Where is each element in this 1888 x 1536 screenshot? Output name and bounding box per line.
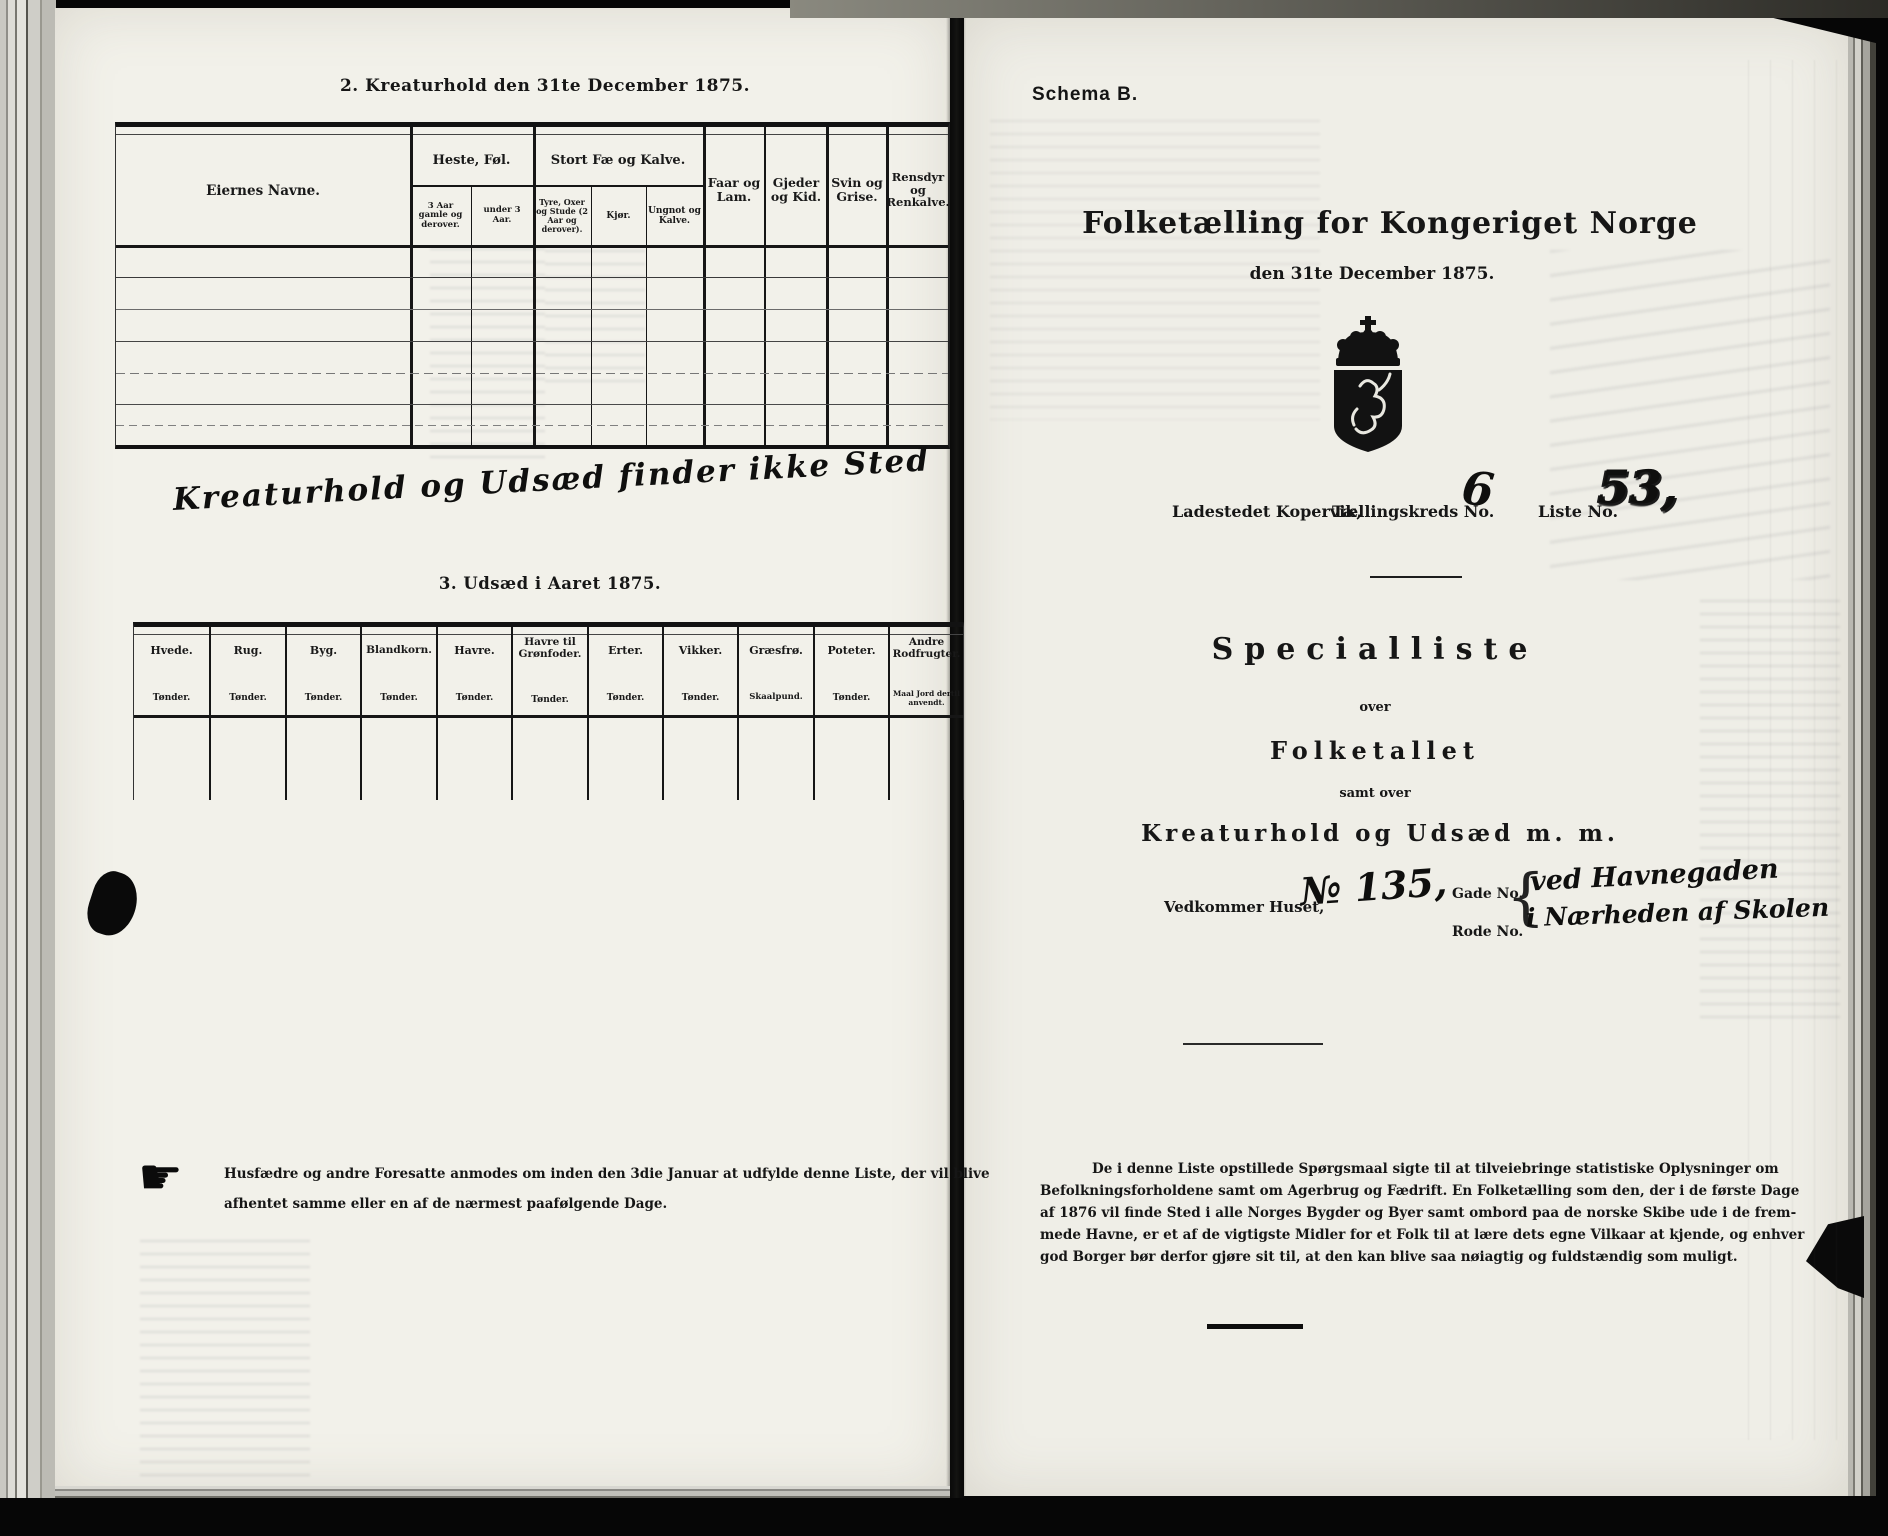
crop-unit: Tønder. <box>305 693 343 703</box>
column-header-reindeer: Rensdyr og Renkalve. <box>888 135 948 245</box>
over-label: over <box>1100 700 1650 715</box>
subheader-bulls-oxen: Tyre, Oxer og Stude (2 Aar og derover). <box>535 189 589 243</box>
subcolumn-rule <box>591 185 592 445</box>
column-header-owners: Eiernes Navne. <box>116 157 410 227</box>
paragraph-line: af 1876 vil finde Sted i alle Norges Byg… <box>1040 1202 1730 1224</box>
crop-unit: Maal Jord dertil anvendt. <box>891 690 962 707</box>
manicule-icon: ☛ <box>138 1148 183 1206</box>
row-rule <box>116 404 948 405</box>
special-list-title: Specialliste <box>1100 632 1650 667</box>
subcolumn-rule <box>471 185 472 445</box>
row-rule <box>116 309 948 310</box>
crop-unit: Tønder. <box>531 695 569 705</box>
crop-header: Byg. Tønder. <box>287 641 360 707</box>
crop-unit: Tønder. <box>229 693 267 703</box>
left-footer-line1: Husfædre og andre Foresatte anmodes om i… <box>224 1166 924 1182</box>
row-rule <box>116 277 948 278</box>
instructions-paragraph: De i denne Liste opstillede Spørgsmaal s… <box>1040 1158 1730 1268</box>
subcolumn-rule <box>646 185 647 445</box>
paragraph-line: Befolkningsforholdene samt om Agerbrug o… <box>1040 1180 1730 1202</box>
livestock-table: Eiernes Navne. Heste, Føl. Stort Fæ og K… <box>115 122 950 449</box>
bottom-divider <box>1207 1324 1303 1329</box>
crop-label: Rug. <box>234 645 263 657</box>
crop-unit: Tønder. <box>456 693 494 703</box>
left-footer-line2: afhentet samme eller en af de nærmest pa… <box>224 1196 924 1212</box>
group-underline <box>410 185 536 187</box>
crop-header: Vikker. Tønder. <box>664 641 737 707</box>
crop-unit: Tønder. <box>607 693 645 703</box>
crop-label: Vikker. <box>679 645 722 657</box>
crop-label: Poteter. <box>827 645 875 657</box>
crop-unit: Tønder. <box>153 693 191 703</box>
crop-label: Havre til Grønfoder. <box>514 637 586 661</box>
crop-unit: Tønder. <box>682 693 720 703</box>
crop-label: Hvede. <box>150 645 192 657</box>
short-rule <box>1370 576 1462 578</box>
column-header-sheep: Faar og Lam. <box>705 135 763 245</box>
paragraph-line: mede Havne, er et af de vigtigste Midler… <box>1040 1224 1730 1246</box>
subheader-calves: Ungnot og Kalve. <box>648 191 701 241</box>
crop-header: Rug. Tønder. <box>211 641 285 707</box>
crops-table: Hvede. Tønder. Rug. Tønder. Byg. Tønder.… <box>133 622 964 800</box>
schema-label: Schema B. <box>1032 84 1138 106</box>
page-stack-left-edge <box>0 0 56 1502</box>
crop-header: Erter. Tønder. <box>589 641 662 707</box>
group-underline <box>533 185 706 187</box>
row-rule <box>116 341 948 342</box>
crop-header: Poteter. Tønder. <box>815 641 888 707</box>
section-divider <box>1183 1043 1323 1045</box>
subheader-cows: Kjør. <box>593 191 644 241</box>
crop-unit: Tønder. <box>380 693 418 703</box>
coat-of-arms <box>1322 314 1414 456</box>
crop-label: Erter. <box>608 645 643 657</box>
scan-bottom-bar <box>0 1498 1888 1536</box>
header-bottom-rule <box>134 715 963 718</box>
crop-unit: Tønder. <box>833 693 871 703</box>
crop-header: Andre Rodfrugter. Maal Jord dertil anven… <box>890 635 963 709</box>
crop-label: Havre. <box>454 645 495 657</box>
column-header-goats: Gjeder og Kid. <box>767 135 825 245</box>
subheader-horses-old: 3 Aar gamle og derover. <box>412 191 469 241</box>
crop-label: Byg. <box>310 645 337 657</box>
page-bottom-edges <box>55 1486 950 1498</box>
crop-label: Andre Rodfrugter. <box>891 637 962 661</box>
crop-header: Blandkorn. Tønder. <box>362 641 436 707</box>
paragraph-line: god Borger bør derfor gjøre sit til, at … <box>1040 1246 1730 1268</box>
header-bottom-rule <box>116 245 948 248</box>
group-header-horses: Heste, Føl. <box>410 143 533 179</box>
scan-top-shadow <box>790 0 1888 18</box>
crop-unit: Skaalpund. <box>749 693 802 703</box>
column-rule <box>764 127 766 445</box>
district-number-handwritten: 6 <box>1459 460 1496 517</box>
livestock-table-title: 2. Kreaturhold den 31te December 1875. <box>245 76 845 96</box>
paragraph-line: De i denne Liste opstillede Spørgsmaal s… <box>1040 1158 1730 1180</box>
crop-label: Græsfrø. <box>749 645 803 657</box>
bleedthrough-text <box>140 1240 310 1480</box>
scanned-census-document: 2. Kreaturhold den 31te December 1875. E… <box>0 0 1888 1536</box>
crops-table-title: 3. Udsæd i Aaret 1875. <box>250 574 850 593</box>
crop-header: Hvede. Tønder. <box>134 641 209 707</box>
crop-header: Havre til Grønfoder. Tønder. <box>513 635 587 707</box>
samt-over-label: samt over <box>1100 786 1650 801</box>
crop-header: Græsfrø. Skaalpund. <box>739 641 813 707</box>
row-rule <box>116 373 948 374</box>
crop-header: Havre. Tønder. <box>438 641 511 707</box>
subheader-horses-young: under 3 Aar. <box>473 191 531 241</box>
kreaturhold-title: Kreaturhold og Udsæd m. m. <box>1100 820 1660 847</box>
folketallet-title: Folketallet <box>1100 736 1650 765</box>
crop-label: Blandkorn. <box>366 645 432 657</box>
census-subtitle: den 31te December 1875. <box>1040 264 1704 284</box>
row-rule <box>116 425 948 426</box>
list-number-handwritten: 53, <box>1598 460 1678 514</box>
group-header-cattle: Stort Fæ og Kalve. <box>533 143 703 179</box>
census-main-title: Folketælling for Kongeriget Norge <box>1040 206 1740 241</box>
column-header-pigs: Svin og Grise. <box>829 135 885 245</box>
norwegian-lion-icon <box>1322 314 1414 456</box>
